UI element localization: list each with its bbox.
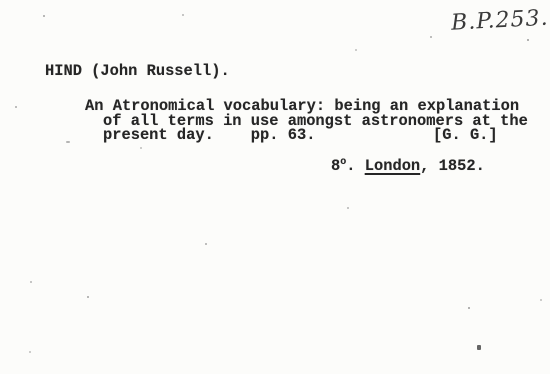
scan-speck — [468, 307, 470, 309]
scan-speck — [43, 15, 45, 17]
scan-speck — [66, 141, 70, 143]
scan-speck — [15, 106, 17, 108]
scan-speck — [540, 299, 542, 301]
shelfmark-text: B.P.253. — [450, 6, 549, 36]
format-notation: 8 — [331, 157, 340, 175]
title-line-3: present day. pp. 63. — [103, 128, 315, 143]
scan-speck — [140, 147, 142, 149]
scan-speck — [347, 207, 349, 209]
scan-speck — [527, 39, 529, 41]
catalog-card: B.P.253.' HIND (John Russell). An Atrono… — [0, 0, 550, 374]
shelfmark-annotation: B.P.253.' — [450, 3, 550, 35]
scan-speck — [430, 36, 432, 38]
scan-speck — [355, 49, 357, 51]
scan-speck — [87, 296, 89, 298]
scan-speck — [205, 243, 207, 245]
author-heading: HIND (John Russell). — [45, 64, 230, 79]
imprint-separator: . — [346, 157, 364, 175]
cataloguer-initials: [G. G.] — [433, 128, 498, 143]
scan-speck — [30, 281, 32, 283]
scan-speck — [477, 345, 481, 350]
imprint-tail: , 1852. — [420, 157, 485, 175]
imprint-line: 8o. London, 1852. — [331, 155, 485, 174]
scan-speck — [29, 351, 31, 353]
scan-speck — [182, 14, 184, 16]
place-name: London — [365, 157, 420, 175]
